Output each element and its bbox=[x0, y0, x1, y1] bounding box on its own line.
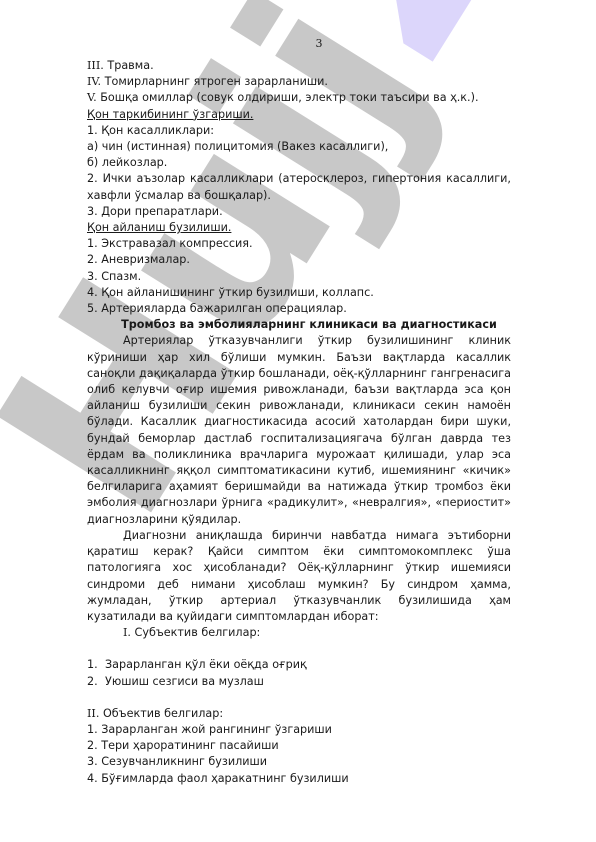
list-item: 1. Зарарланган жой рангининг ўзгариши bbox=[87, 722, 511, 738]
list-item: 4. Қон айланишининг ўткир бузилиши, колл… bbox=[87, 285, 511, 301]
list-item: 2. Тери ҳароратининг пасайиши bbox=[87, 738, 511, 754]
subjective-list: 1.Зарарланган қўл ёки оёқда оғриқ 2.Уюши… bbox=[87, 657, 511, 689]
list-item: 4. Бўғимларда фаол ҳаракатнинг бузилиши bbox=[87, 771, 511, 787]
page-content: III. Травма. IV. Томирларнинг ятроген за… bbox=[87, 58, 511, 787]
list-item: 3. Спазм. bbox=[87, 269, 511, 285]
list-item: 1. Қон касалликлари: bbox=[87, 123, 511, 139]
list-item: 3. Сезувчанликнинг бузилиши bbox=[87, 754, 511, 770]
list-item: 1. Экстравазал компрессия. bbox=[87, 236, 511, 252]
cause-item: III. Травма. bbox=[87, 58, 511, 74]
cause-item: IV. Томирларнинг ятроген зарарланиши. bbox=[87, 74, 511, 90]
cause-item: V. Бошқа омиллар (совук олдириши, электр… bbox=[87, 90, 511, 106]
objective-title: II. Объектив белгилар: bbox=[87, 706, 511, 722]
list-item: 1.Зарарланган қўл ёки оёқда оғриқ bbox=[87, 657, 511, 673]
list-item: 3. Дори препаратлари. bbox=[87, 204, 511, 220]
list-item: б) лейкозлар. bbox=[87, 155, 511, 171]
list-item: а) чин (истинная) полицитомия (Вакез кас… bbox=[87, 139, 511, 155]
section-heading: Тромбоз ва эмболияларнинг клиникаси ва д… bbox=[87, 317, 511, 333]
circulation-title: Қон айланиш бузилиши. bbox=[87, 220, 511, 236]
list-item: 2. Аневризмалар. bbox=[87, 252, 511, 268]
blood-composition-title: Қон таркибининг ўзгариши. bbox=[87, 107, 511, 123]
list-item: 5. Артерияларда бажарилган операциялар. bbox=[87, 301, 511, 317]
paragraph: Артериялар ўтказувчанлиги ўткир бузилиши… bbox=[87, 333, 511, 527]
list-item: 2.Уюшиш сезгиси ва музлаш bbox=[87, 674, 511, 690]
list-item: 2. Ички аъзолар касалликлари (атеросклер… bbox=[87, 171, 511, 203]
page-number: 3 bbox=[87, 36, 551, 52]
subjective-title: I. Субъектив белгилар: bbox=[87, 625, 511, 641]
paragraph: Диагнозни аниқлашда биринчи навбатда ним… bbox=[87, 528, 511, 625]
